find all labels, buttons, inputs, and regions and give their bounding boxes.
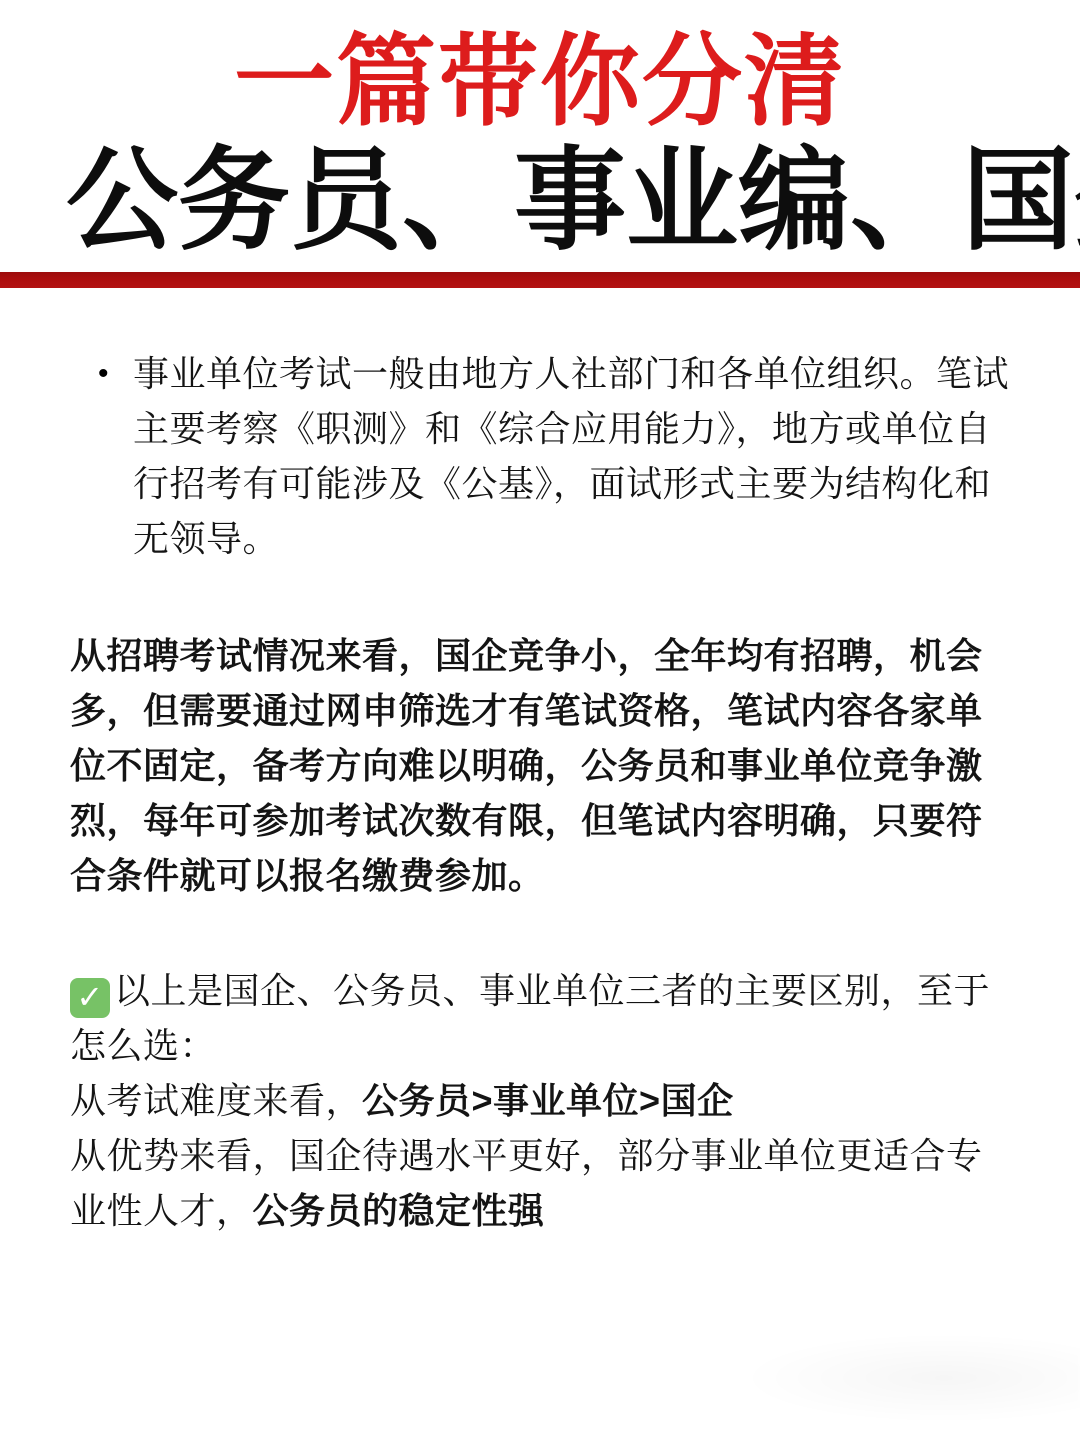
watermark-smudge [740,1333,1080,1423]
content-area: • 事业单位考试一般由地方人社部门和各单位组织。笔试主要考察《职测》和《综合应用… [0,346,1080,1238]
subtitle-part-shiyebian: 事业编、 [514,144,962,260]
check-icon: ✓ [70,978,110,1018]
comparison-paragraph: 从招聘考试情况来看，国企竞争小，全年均有招聘，机会多，但需要通过网申筛选才有笔试… [70,628,1010,903]
red-divider [0,272,1080,288]
difficulty-line: 从考试难度来看，公务员>事业单位>国企 [70,1073,1010,1128]
page-title: 一篇带你分清 [0,30,1080,136]
infographic-page: 一篇带你分清 公务员、 事业编、 国企 • 事业单位考试一般由地方人社部门和各单… [0,0,1080,1443]
bullet-paragraph: • 事业单位考试一般由地方人社部门和各单位组织。笔试主要考察《职测》和《综合应用… [70,346,1010,566]
subtitle-part-gongwuyuan: 公务员、 [66,144,514,260]
summary-intro-text: 以上是国企、公务员、事业单位三者的主要区别，至于怎么选： [70,970,990,1066]
subtitle-part-guoqi: 国企 [962,144,1080,260]
summary-intro-line: ✓以上是国企、公务员、事业单位三者的主要区别，至于怎么选： [70,963,1010,1073]
check-glyph: ✓ [76,981,103,1013]
difficulty-ranking: 公务员>事业单位>国企 [362,1080,734,1121]
summary-section: ✓以上是国企、公务员、事业单位三者的主要区别，至于怎么选： 从考试难度来看，公务… [70,963,1010,1238]
difficulty-prefix: 从考试难度来看， [70,1080,362,1121]
advantage-line: 从优势来看，国企待遇水平更好，部分事业单位更适合专业性人才，公务员的稳定性强 [70,1128,1010,1238]
page-subtitle: 公务员、 事业编、 国企 [0,144,1080,260]
bullet-paragraph-text: 事业单位考试一般由地方人社部门和各单位组织。笔试主要考察《职测》和《综合应用能力… [133,346,1010,566]
bullet-icon: • [98,346,133,566]
advantage-bold: 公务员的稳定性强 [253,1190,545,1231]
